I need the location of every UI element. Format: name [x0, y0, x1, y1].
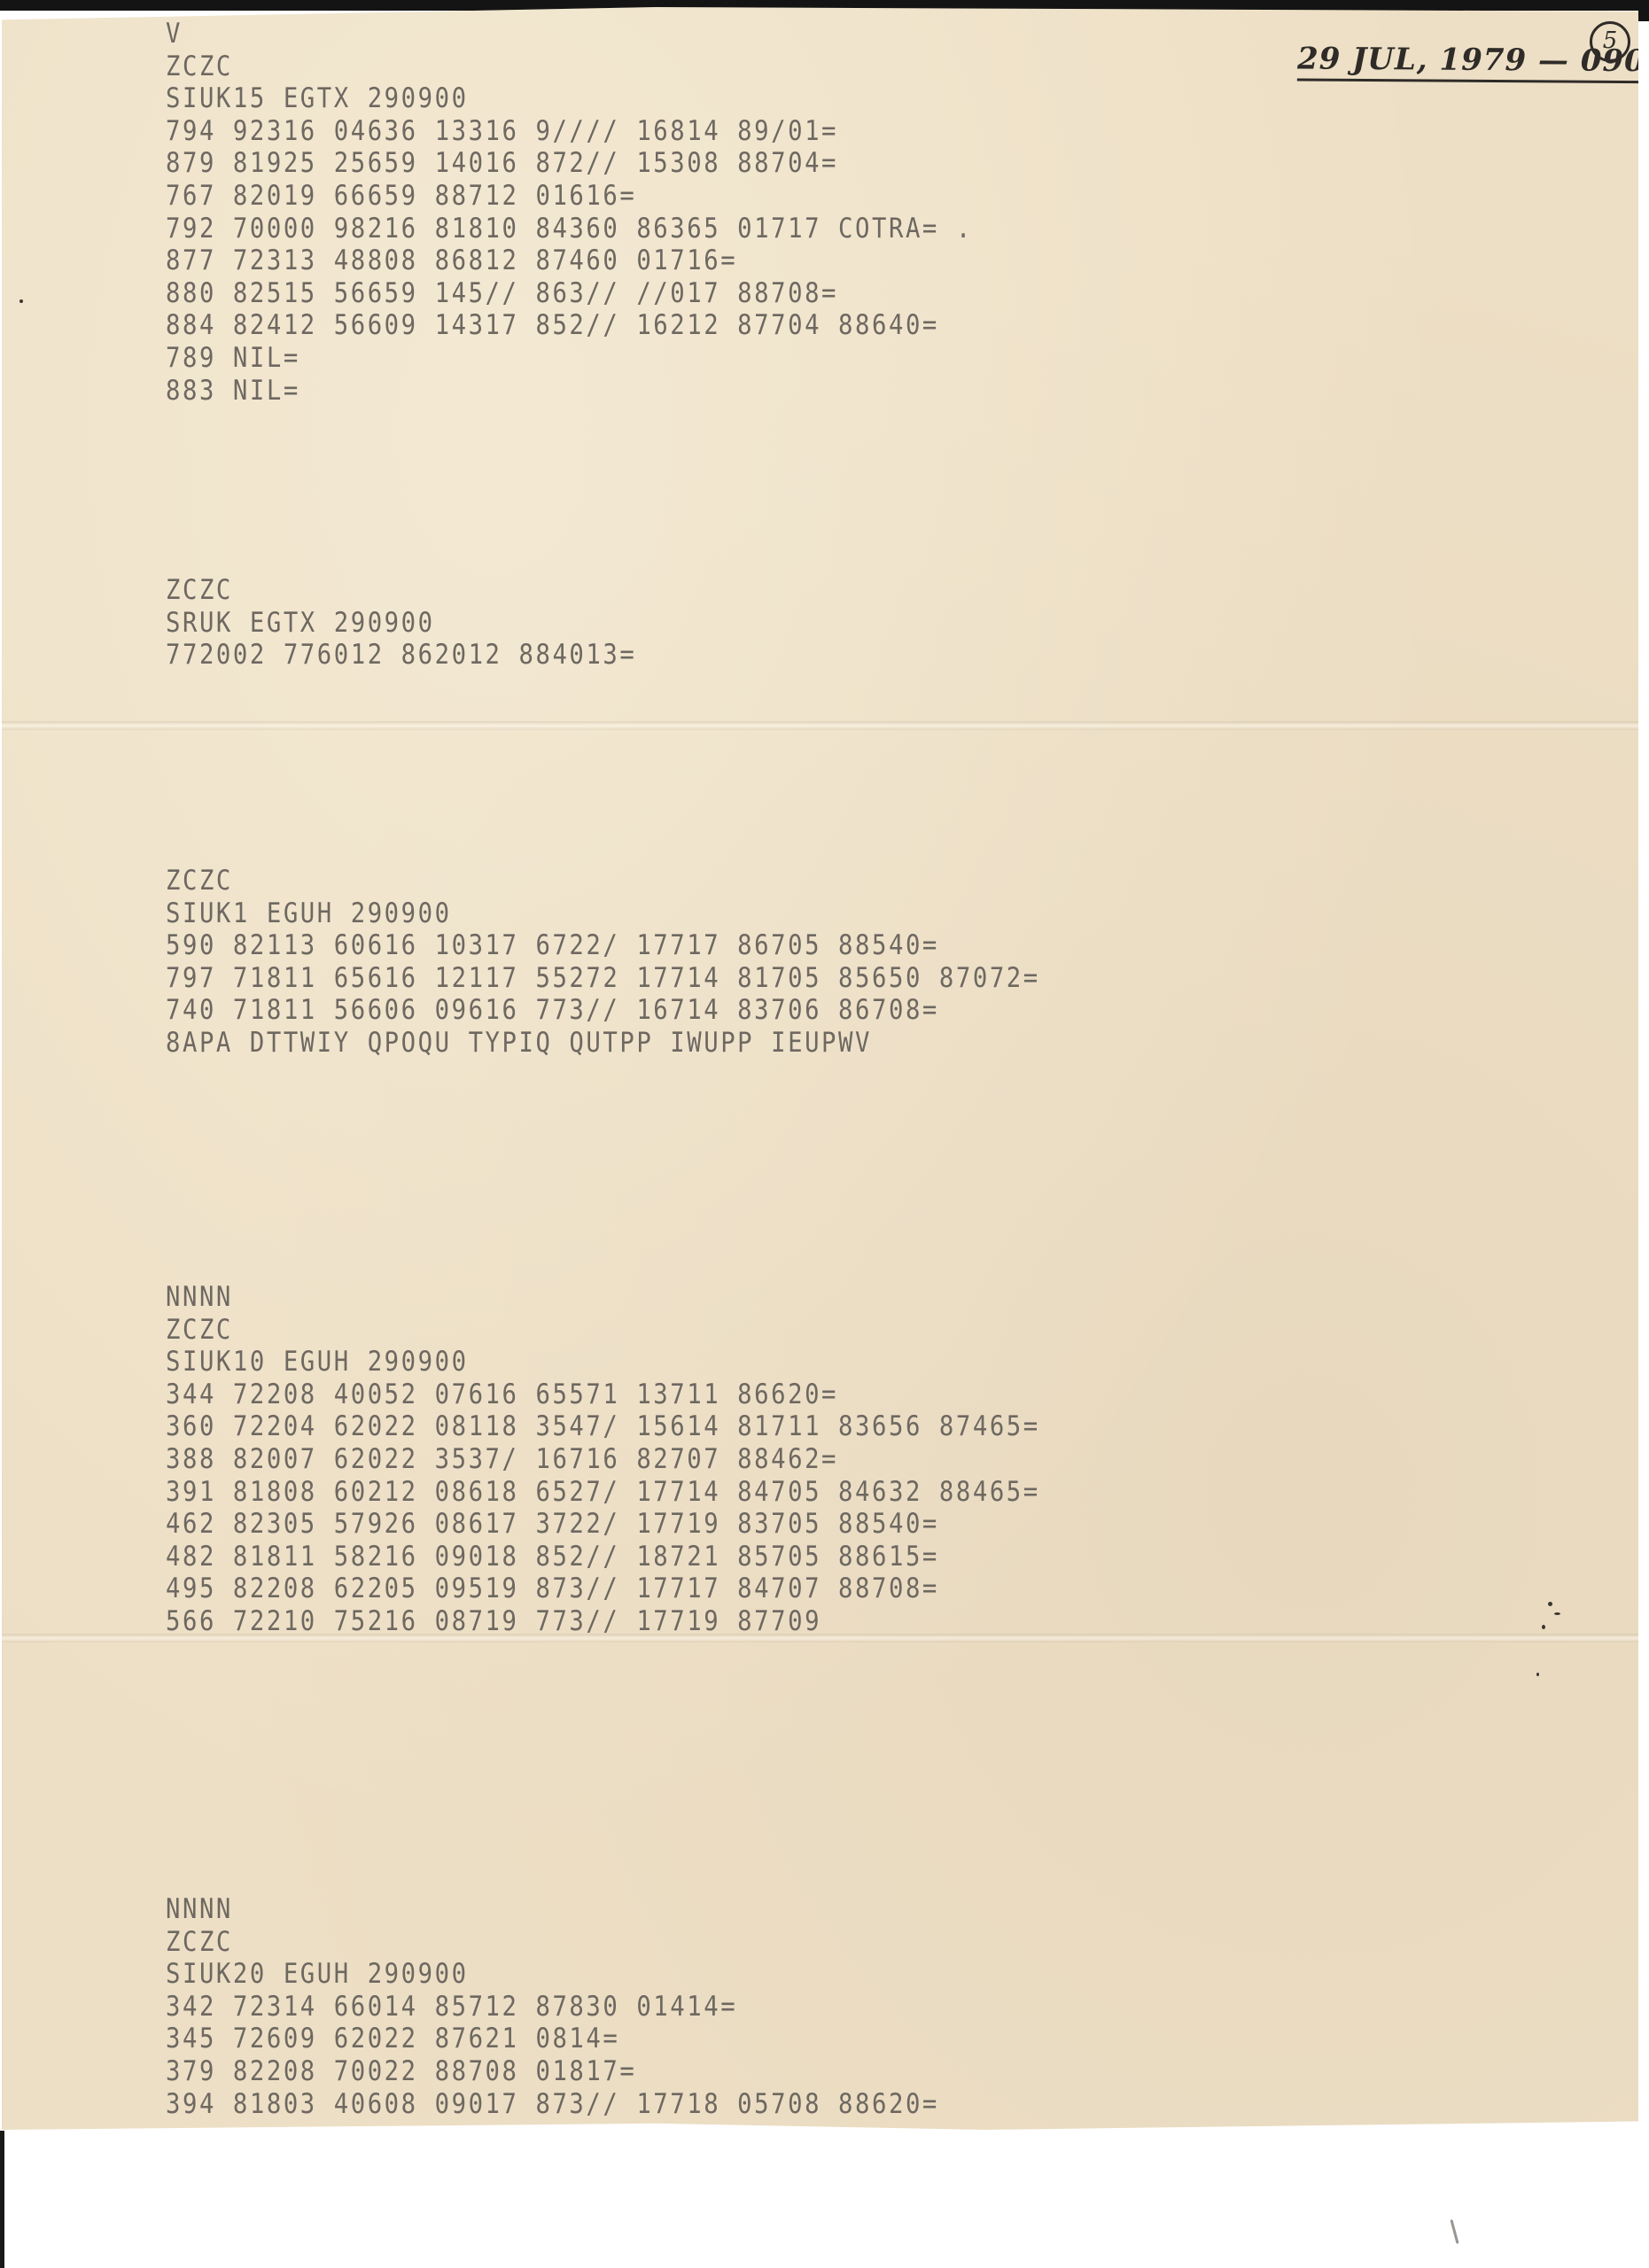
- paper-speck: [1536, 1673, 1539, 1676]
- teletype-line: 566 72210 75216 08719 773// 17719 87709: [166, 1605, 1040, 1638]
- teletype-line: 8APA DTTWIY QPOQU TYPIQ QUTPP IWUPP IEUP…: [166, 1027, 1040, 1060]
- teletype-line: SIUK10 EGUH 290900: [166, 1346, 1040, 1379]
- teletype-line: 879 81925 25659 14016 872// 15308 88704=: [166, 147, 973, 180]
- teletype-line: 495 82208 62205 09519 873// 17717 84707 …: [166, 1573, 1040, 1605]
- teletype-line: 482 81811 58216 09018 852// 18721 85705 …: [166, 1541, 1040, 1573]
- teletype-line: 880 82515 56659 145// 863// //017 88708=: [166, 277, 973, 310]
- teletype-line: ZCZC: [166, 1314, 1040, 1347]
- teletype-line: 772002 776012 862012 884013=: [166, 639, 636, 672]
- teletype-line: SIUK15 EGTX 290900: [166, 82, 973, 115]
- teletype-line: 391 81808 60212 08618 6527/ 17714 84705 …: [166, 1476, 1040, 1509]
- teletype-line: ZCZC: [166, 865, 1040, 897]
- bulletin-block-siuk1-eguh: ZCZCSIUK1 EGUH 290900590 82113 60616 103…: [166, 865, 1040, 1060]
- teletype-line: SIUK20 EGUH 290900: [166, 1958, 939, 1991]
- teletype-line: 883 NIL=: [166, 375, 973, 408]
- scan-artifact-mark: [1450, 2219, 1458, 2244]
- teletype-line: SIUK1 EGUH 290900: [166, 897, 1040, 930]
- teletype-line: 344 72208 40052 07616 65571 13711 86620=: [166, 1379, 1040, 1411]
- teletype-line: ZCZC: [166, 50, 973, 83]
- bulletin-block-siuk20-eguh: NNNNZCZCSIUK20 EGUH 290900342 72314 6601…: [166, 1893, 939, 2120]
- bulletin-block-siuk10-eguh: NNNNZCZCSIUK10 EGUH 290900344 72208 4005…: [166, 1281, 1040, 1638]
- teletype-line: 792 70000 98216 81810 84360 86365 01717 …: [166, 213, 973, 245]
- teletype-line: 767 82019 66659 88712 01616=: [166, 180, 973, 213]
- teletype-line: ZCZC: [166, 574, 636, 607]
- paper-speck: [1548, 1602, 1552, 1606]
- teletype-line: 590 82113 60616 10317 6722/ 17717 86705 …: [166, 929, 1040, 962]
- paper-fold-line: [2, 721, 1638, 730]
- paper-speck: [1542, 1625, 1545, 1629]
- circled-page-number: 5: [1590, 21, 1630, 62]
- bulletin-block-sruk-egtx: ZCZCSRUK EGTX 290900772002 776012 862012…: [166, 574, 636, 672]
- scanner-edge-corner: [1638, 0, 1649, 21]
- teletype-line: 794 92316 04636 13316 9//// 16814 89/01=: [166, 115, 973, 148]
- teletype-line: 379 82208 70022 88708 01817=: [166, 2055, 939, 2088]
- teletype-line: 740 71811 56606 09616 773// 16714 83706 …: [166, 994, 1040, 1027]
- teletype-line: NNNN: [166, 1281, 1040, 1314]
- teletype-line: 462 82305 57926 08617 3722/ 17719 83705 …: [166, 1508, 1040, 1541]
- teletype-line: 884 82412 56609 14317 852// 16212 87704 …: [166, 309, 973, 342]
- teletype-line: 345 72609 62022 87621 0814=: [166, 2023, 939, 2055]
- scanner-edge-left: [0, 2131, 4, 2268]
- teletype-paper-sheet: 29 JUL, 1979 — 0900Z 5 VZCZCSIUK15 EGTX …: [2, 7, 1638, 2130]
- teletype-line: 342 72314 66014 85712 87830 01414=: [166, 1991, 939, 2023]
- paper-speck: [1554, 1612, 1560, 1615]
- teletype-line: 877 72313 48808 86812 87460 01716=: [166, 245, 973, 277]
- teletype-line: V: [166, 18, 973, 50]
- teletype-line: 388 82007 62022 3537/ 16716 82707 88462=: [166, 1443, 1040, 1476]
- teletype-line: 394 81803 40608 09017 873// 17718 05708 …: [166, 2088, 939, 2121]
- teletype-line: NNNN: [166, 1893, 939, 1926]
- teletype-line: ZCZC: [166, 1926, 939, 1959]
- teletype-line: 797 71811 65616 12117 55272 17714 81705 …: [166, 962, 1040, 995]
- teletype-line: 360 72204 62022 08118 3547/ 15614 81711 …: [166, 1410, 1040, 1443]
- bulletin-block-siuk15-egtx: VZCZCSIUK15 EGTX 290900794 92316 04636 1…: [166, 18, 973, 407]
- teletype-line: SRUK EGTX 290900: [166, 607, 636, 640]
- teletype-line: 789 NIL=: [166, 342, 973, 375]
- paper-speck: [19, 299, 23, 303]
